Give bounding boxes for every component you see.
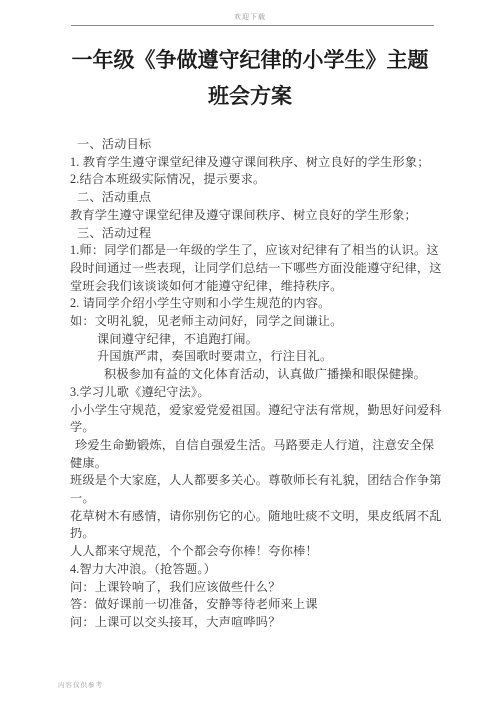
text-line: 答：做好课前一切准备，安静等待老师来上课	[70, 596, 440, 614]
document-title: 一年级《争做遵守纪律的小学生》主题 班会方案	[0, 42, 500, 114]
text-line: 健康。	[70, 455, 440, 473]
footer-note: 内容仅供参考	[58, 680, 103, 689]
text-line: 二、活动重点	[70, 189, 440, 207]
text-line: 珍爱生命勤锻炼，自信自强爱生活。马路要走人行道，注意安全保	[70, 437, 440, 455]
document-page: 欢迎下载 一年级《争做遵守纪律的小学生》主题 班会方案 一、活动目标1. 教育学…	[0, 0, 500, 708]
text-line: 课间遵守纪律，不追跑打闹。	[70, 331, 440, 349]
title-line-2: 班会方案	[0, 78, 500, 114]
header-rule	[71, 25, 434, 26]
text-line: 4.智力大冲浪。（抢答题。）	[70, 561, 440, 579]
text-line: 花草树木有感情，请你别伤它的心。随地吐痰不文明，果皮纸屑不乱	[70, 508, 440, 526]
text-line: 班级是个大家庭，人人都要多关心。尊敬师长有礼貌，团结合作争第	[70, 472, 440, 490]
text-line: 3.学习儿歌《遵纪守法》。	[70, 384, 440, 402]
text-line: 一、活动目标	[70, 136, 440, 154]
document-body: 一、活动目标1. 教育学生遵守课堂纪律及遵守课间秩序、树立良好的学生形象；2.结…	[70, 136, 440, 632]
text-line: 三、活动过程	[70, 225, 440, 243]
text-line: 教育学生遵守课堂纪律及遵守课间秩序、树立良好的学生形象；	[70, 207, 440, 225]
text-line: 堂班会我们该谈谈如何才能遵守纪律，维持秩序。	[70, 278, 440, 296]
text-line: 积极参加有益的文化体育活动，认真做广播操和眼保健操。	[70, 366, 440, 384]
text-line: 学。	[70, 419, 440, 437]
text-line: 升国旗严肃，奏国歌时要肃立，行注目礼。	[70, 348, 440, 366]
text-line: 2.结合本班级实际情况，提示要求。	[70, 171, 440, 189]
text-line: 一。	[70, 490, 440, 508]
header-watermark: 欢迎下载	[0, 12, 500, 22]
text-line: 段时间通过一些表现，让同学们总结一下哪些方面没能遵守纪律，这	[70, 260, 440, 278]
text-line: 1.师：同学们都是一年级的学生了，应该对纪律有了相当的认识。这	[70, 242, 440, 260]
text-line: 人人都来守规范，个个都会夸你棒！夸你棒！	[70, 543, 440, 561]
text-line: 2. 请同学介绍小学生守则和小学生规范的内容。	[70, 295, 440, 313]
text-line: 问：上课可以交头接耳，大声喧哗吗？	[70, 614, 440, 632]
text-line: 问：上课铃响了，我们应该做些什么？	[70, 579, 440, 597]
text-line: 小小学生守规范，爱家爱党爱祖国。遵纪守法有常规，勤思好问爱科	[70, 402, 440, 420]
text-line: 1. 教育学生遵守课堂纪律及遵守课间秩序、树立良好的学生形象；	[70, 154, 440, 172]
text-line: 扔。	[70, 525, 440, 543]
text-line: 如：文明礼貌，见老师主动问好，同学之间谦让。	[70, 313, 440, 331]
title-line-1: 一年级《争做遵守纪律的小学生》主题	[0, 42, 500, 78]
